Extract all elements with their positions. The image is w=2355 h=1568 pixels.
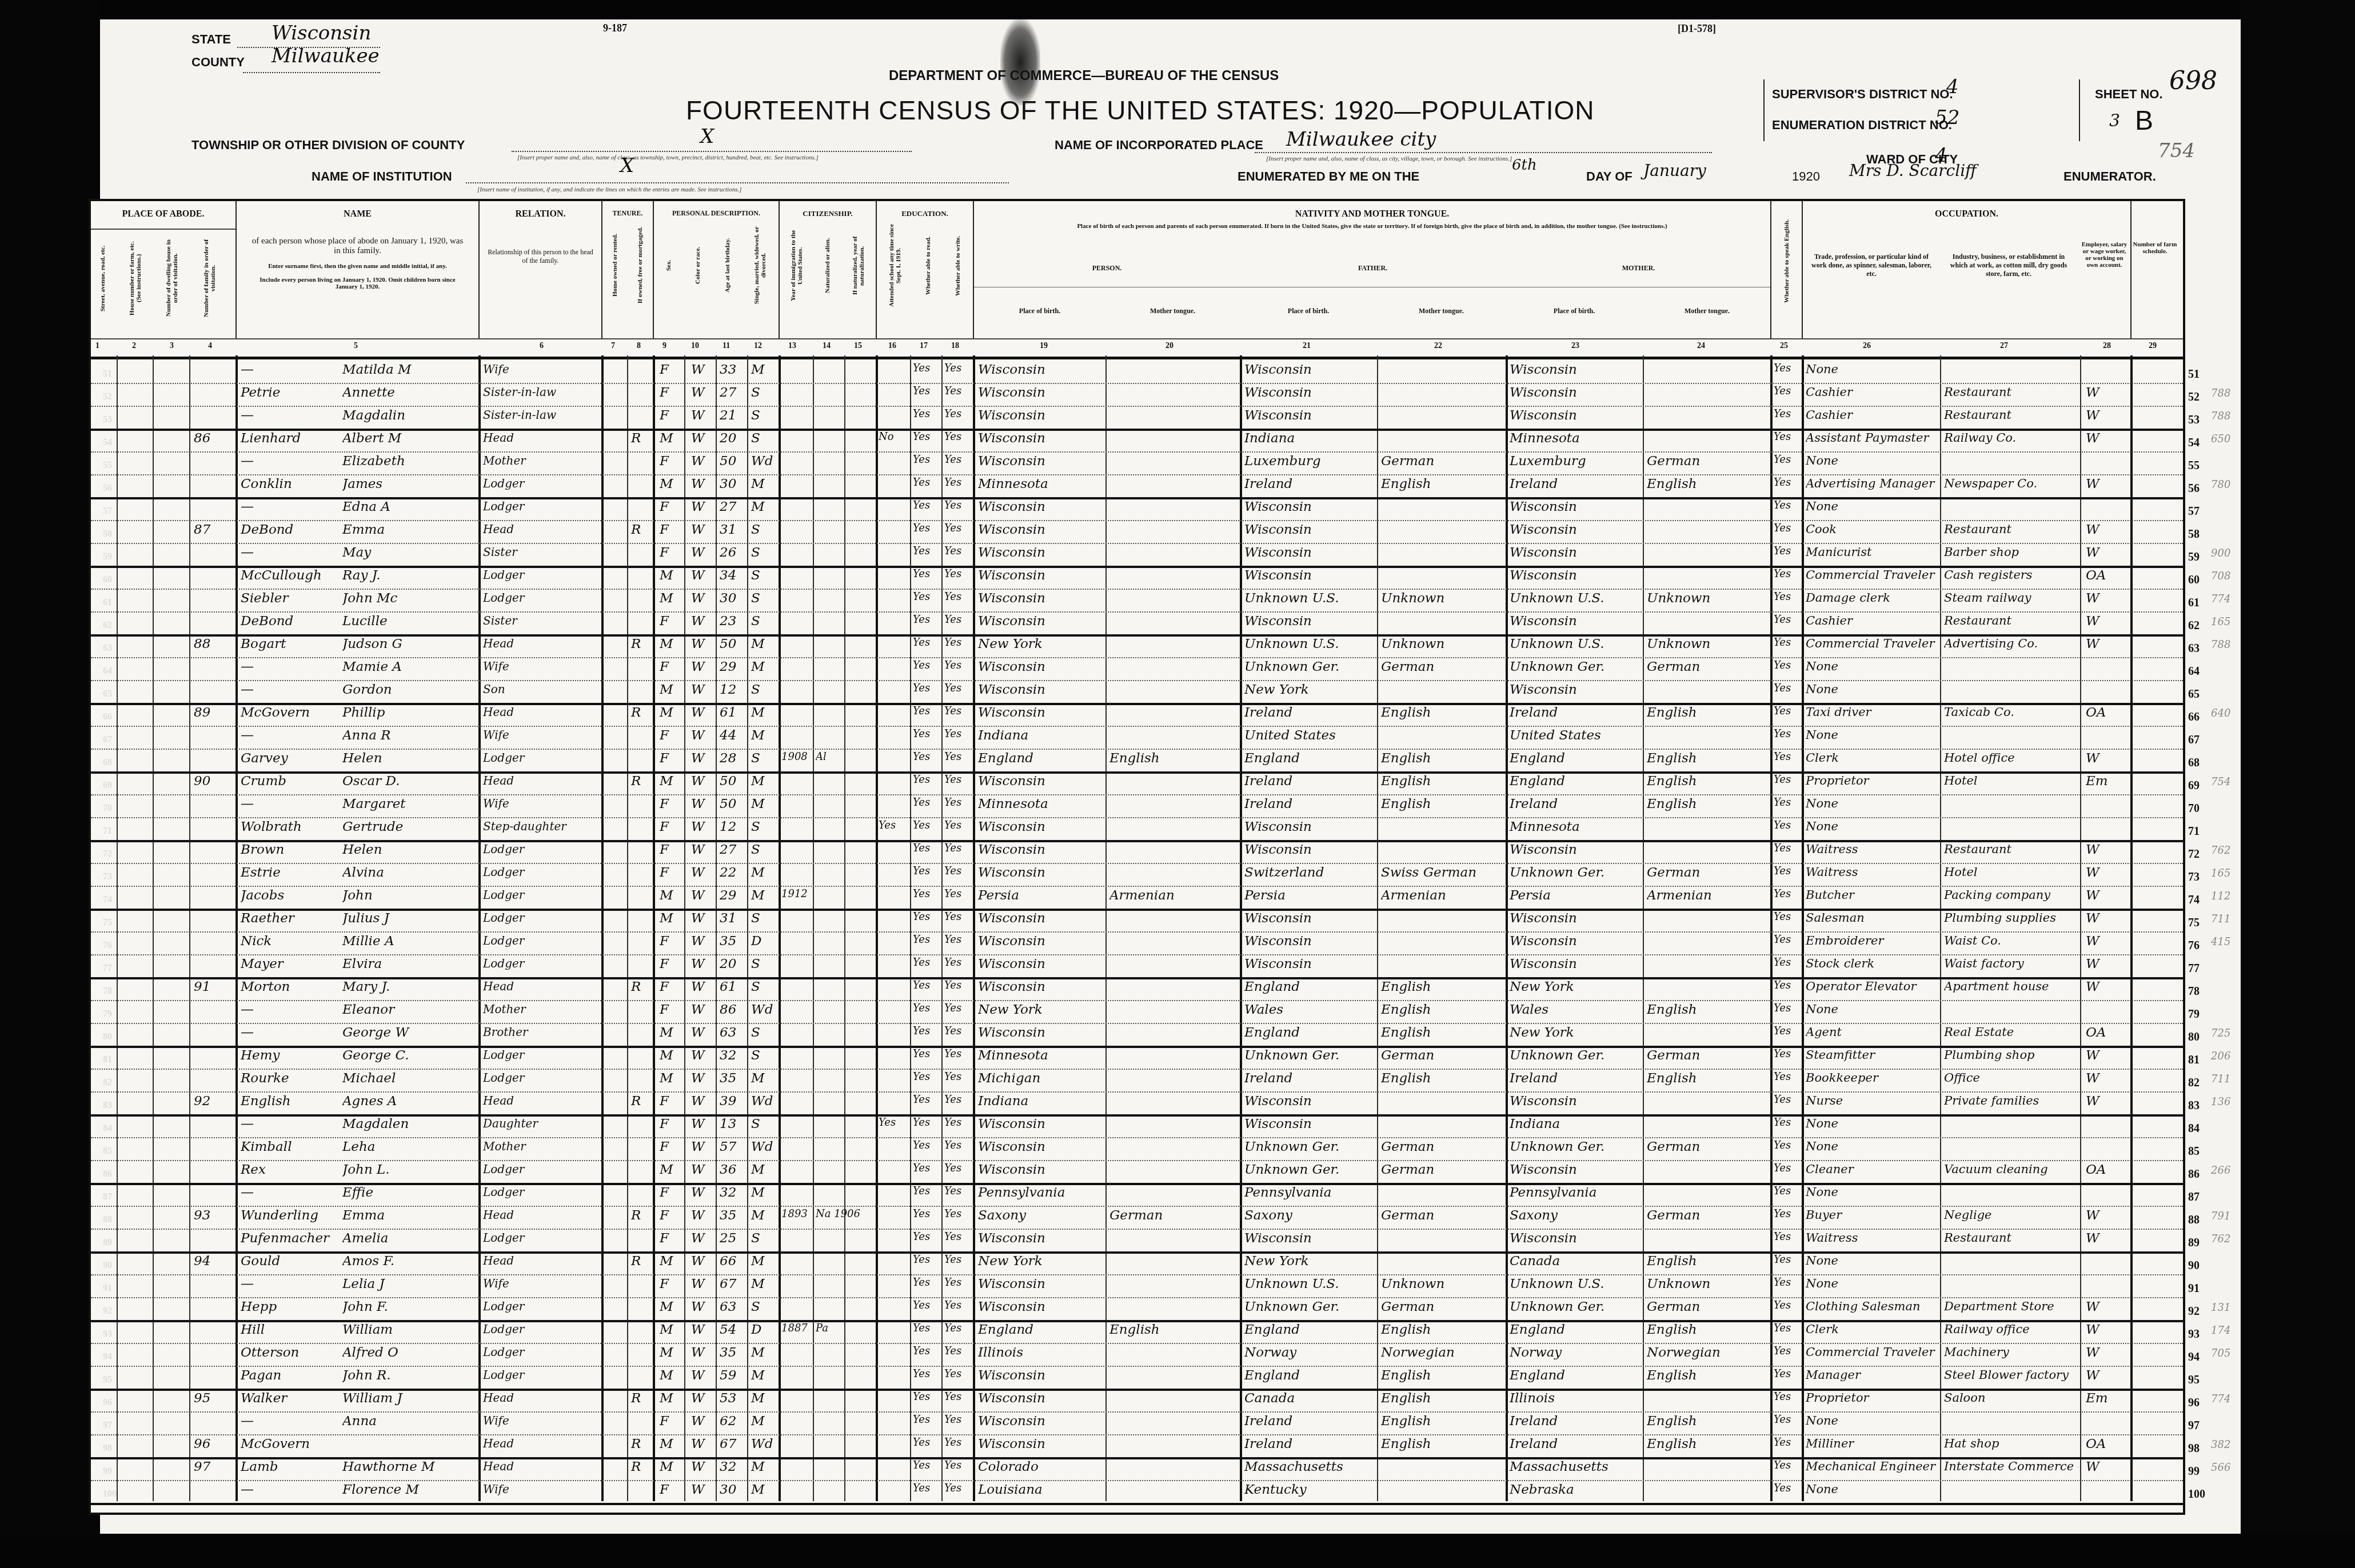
table-row: — Margaret Wife F W 50 M Yes Yes Minneso… xyxy=(91,794,2183,818)
race: W xyxy=(691,1437,714,1456)
immigration-year xyxy=(781,1459,813,1479)
tenure-home: R xyxy=(631,522,651,542)
worker-class: OA xyxy=(2086,1162,2129,1182)
father-birthplace: Unknown Ger. xyxy=(1244,1299,1376,1319)
father-birthplace: Wisconsin xyxy=(1244,499,1376,519)
able-to-write: Yes xyxy=(944,957,973,976)
marital-status: M xyxy=(751,888,777,907)
naturalization xyxy=(816,819,873,839)
line-number-left: 98 xyxy=(103,1443,112,1454)
given-name: Effie xyxy=(342,1185,477,1205)
mother-birthplace: Unknown Ger. xyxy=(1510,1139,1641,1159)
father-birthplace: Unknown U.S. xyxy=(1244,637,1376,656)
father-mother-tongue xyxy=(1381,431,1504,450)
pencil-note: 131 xyxy=(2211,1302,2230,1314)
able-to-write: Yes xyxy=(944,1139,973,1159)
mother-birthplace: Unknown Ger. xyxy=(1510,1299,1641,1319)
dwelling-number xyxy=(194,865,234,885)
attended-school xyxy=(879,934,910,953)
line-number-left: 51 xyxy=(103,369,112,379)
surname: Hill xyxy=(241,1322,341,1342)
worker-class: OA xyxy=(2086,1437,2129,1456)
immigration-year xyxy=(781,934,813,953)
age: 26 xyxy=(720,545,745,565)
naturalization: Pa xyxy=(816,1322,873,1342)
speaks-english: Yes xyxy=(1774,819,1801,839)
occupation-industry: Neglige xyxy=(1944,1208,2078,1227)
able-to-read: Yes xyxy=(913,865,941,885)
given-name: Amelia xyxy=(342,1231,477,1250)
line-number-left: 80 xyxy=(103,1032,112,1042)
occupation-industry: Apartment house xyxy=(1944,979,2078,999)
speaks-english: Yes xyxy=(1774,888,1801,907)
line-number-right: 61 xyxy=(2188,597,2200,610)
occupation-industry: Restaurant xyxy=(1944,522,2078,542)
marital-status: S xyxy=(751,979,777,999)
occupation-industry xyxy=(1944,1117,2078,1136)
occupation-trade: Nurse xyxy=(1806,1094,1938,1113)
dwelling-number xyxy=(194,1414,234,1433)
given-name: Julius J xyxy=(342,911,477,930)
sex: M xyxy=(660,1345,682,1365)
attended-school: No xyxy=(879,431,910,450)
relation: Wife xyxy=(483,1482,600,1502)
mother-tongue xyxy=(1109,1094,1238,1113)
line-number-left: 68 xyxy=(103,758,112,768)
table-row: 97 Lamb Hawthorne M Head R M W 32 M Yes … xyxy=(91,1457,2183,1481)
able-to-read: Yes xyxy=(913,1299,941,1319)
sex: F xyxy=(660,408,682,427)
father-mother-tongue xyxy=(1381,385,1504,405)
able-to-write: Yes xyxy=(944,568,973,587)
relation: Lodger xyxy=(483,1368,600,1387)
father-mother-tongue xyxy=(1381,1459,1504,1479)
surname: Rex xyxy=(241,1162,341,1182)
able-to-read: Yes xyxy=(913,819,941,839)
able-to-read: Yes xyxy=(913,1117,941,1136)
father-mother-tongue: English xyxy=(1381,1025,1504,1045)
given-name: John xyxy=(342,888,477,907)
line-number-right: 83 xyxy=(2188,1099,2200,1113)
worker-class: W xyxy=(2086,522,2129,542)
birthplace: England xyxy=(978,1322,1104,1342)
dwelling-number xyxy=(194,1071,234,1090)
header-nativity: NATIVITY AND MOTHER TONGUE. Place of bir… xyxy=(974,201,1771,338)
table-row: Hepp John F. Lodger M W 63 S Yes Yes Wis… xyxy=(91,1297,2183,1322)
immigration-year xyxy=(781,614,813,633)
line-number-right: 85 xyxy=(2188,1145,2200,1158)
relation: Head xyxy=(483,431,600,450)
marital-status: D xyxy=(751,934,777,953)
speaks-english: Yes xyxy=(1774,545,1801,565)
worker-class xyxy=(2086,819,2129,839)
race: W xyxy=(691,1071,714,1090)
relation: Lodger xyxy=(483,1322,600,1342)
dwelling-number xyxy=(194,842,234,862)
surname: — xyxy=(241,454,341,473)
mother-tongue xyxy=(1109,1048,1238,1067)
given-name: Magdalen xyxy=(342,1117,477,1136)
surname: Conklin xyxy=(241,477,341,496)
father-birthplace: Wisconsin xyxy=(1244,819,1376,839)
able-to-read: Yes xyxy=(913,1185,941,1205)
birthplace: Wisconsin xyxy=(978,957,1104,976)
line-number-left: 54 xyxy=(103,438,112,448)
relation: Lodger xyxy=(483,911,600,930)
surname: — xyxy=(241,1002,341,1022)
race: W xyxy=(691,1231,714,1250)
mother-mother-tongue xyxy=(1647,568,1770,587)
worker-class: W xyxy=(2086,1048,2129,1067)
line-number-right: 84 xyxy=(2188,1122,2200,1135)
pencil-note: 415 xyxy=(2211,936,2230,948)
line-number-right: 90 xyxy=(2188,1259,2200,1273)
naturalization xyxy=(816,1391,873,1410)
occupation-trade: None xyxy=(1806,1139,1938,1159)
mother-mother-tongue: Unknown xyxy=(1647,637,1770,656)
birthplace: England xyxy=(978,751,1104,770)
birthplace: Wisconsin xyxy=(978,591,1104,610)
age: 50 xyxy=(720,637,745,656)
margin-note: 754 xyxy=(2158,139,2195,162)
race: W xyxy=(691,1345,714,1365)
worker-class: W xyxy=(2086,842,2129,862)
stamp-number: 698 xyxy=(2169,66,2217,95)
naturalization xyxy=(816,1437,873,1456)
surname: McGovern xyxy=(241,1437,341,1456)
relation: Sister xyxy=(483,545,600,565)
line-number-right: 99 xyxy=(2188,1465,2200,1478)
immigration-year xyxy=(781,499,813,519)
occupation-industry xyxy=(1944,362,2078,382)
line-number-right: 56 xyxy=(2188,482,2200,495)
surname: Bogart xyxy=(241,637,341,656)
father-birthplace: England xyxy=(1244,1368,1376,1387)
father-birthplace: Wisconsin xyxy=(1244,957,1376,976)
dwelling-number xyxy=(194,682,234,702)
able-to-read: Yes xyxy=(913,499,941,519)
able-to-read: Yes xyxy=(913,934,941,953)
age: 20 xyxy=(720,957,745,976)
sheet-number: 3 xyxy=(2109,111,2120,131)
line-number-right: 59 xyxy=(2188,551,2200,564)
line-number-right: 97 xyxy=(2188,1419,2200,1433)
tenure-home xyxy=(631,545,651,565)
tenure-home xyxy=(631,659,651,679)
occupation-trade: None xyxy=(1806,1002,1938,1022)
relation: Mother xyxy=(483,1002,600,1022)
line-number-left: 90 xyxy=(103,1261,112,1271)
able-to-read: Yes xyxy=(913,1094,941,1113)
mother-mother-tongue xyxy=(1647,1459,1770,1479)
mother-birthplace: Wisconsin xyxy=(1510,911,1641,930)
father-mother-tongue: English xyxy=(1381,1002,1504,1022)
able-to-read: Yes xyxy=(913,1437,941,1456)
occupation-industry: Restaurant xyxy=(1944,408,2078,427)
line-number-left: 93 xyxy=(103,1329,112,1339)
father-mother-tongue: English xyxy=(1381,1414,1504,1433)
relation: Lodger xyxy=(483,888,600,907)
dwelling-number xyxy=(194,797,234,816)
mother-tongue xyxy=(1109,1368,1238,1387)
birthplace: Wisconsin xyxy=(978,865,1104,885)
attended-school xyxy=(879,1094,910,1113)
tenure-home xyxy=(631,957,651,976)
birthplace: Minnesota xyxy=(978,1048,1104,1067)
sex: M xyxy=(660,774,682,793)
tenure-home: R xyxy=(631,1437,651,1456)
able-to-read: Yes xyxy=(913,1322,941,1342)
mother-mother-tongue: German xyxy=(1647,454,1770,473)
birthplace: Wisconsin xyxy=(978,819,1104,839)
marital-status: M xyxy=(751,1277,777,1296)
attended-school xyxy=(879,1139,910,1159)
tenure-home xyxy=(631,614,651,633)
age: 50 xyxy=(720,454,745,473)
line-number-left: 88 xyxy=(103,1215,112,1225)
dwelling-number xyxy=(194,408,234,427)
dwelling-number xyxy=(194,957,234,976)
mother-tongue xyxy=(1109,1277,1238,1296)
naturalization xyxy=(816,522,873,542)
occupation-trade: Operator Elevator xyxy=(1806,979,1938,999)
able-to-read: Yes xyxy=(913,362,941,382)
age: 50 xyxy=(720,797,745,816)
sex: F xyxy=(660,1277,682,1296)
father-birthplace: Wisconsin xyxy=(1244,568,1376,587)
speaks-english: Yes xyxy=(1774,568,1801,587)
mother-tongue xyxy=(1109,1139,1238,1159)
mother-birthplace: Unknown Ger. xyxy=(1510,659,1641,679)
mother-tongue xyxy=(1109,842,1238,862)
line-number-right: 68 xyxy=(2188,757,2200,770)
mother-tongue xyxy=(1109,362,1238,382)
given-name: Mary J. xyxy=(342,979,477,999)
naturalization xyxy=(816,797,873,816)
able-to-write: Yes xyxy=(944,1299,973,1319)
speaks-english: Yes xyxy=(1774,1277,1801,1296)
sex: F xyxy=(660,797,682,816)
relation: Lodger xyxy=(483,1048,600,1067)
table-row: 94 Gould Amos F. Head R M W 66 M Yes Yes… xyxy=(91,1251,2183,1275)
race: W xyxy=(691,1482,714,1502)
father-mother-tongue xyxy=(1381,842,1504,862)
line-number-right: 88 xyxy=(2188,1214,2200,1227)
dwelling-number xyxy=(194,454,234,473)
enumerated-day: 6th xyxy=(1512,157,1537,174)
occupation-trade: Cook xyxy=(1806,522,1938,542)
occupation-industry: Steam railway xyxy=(1944,591,2078,610)
pencil-note: 165 xyxy=(2211,867,2230,879)
mother-birthplace: Ireland xyxy=(1510,705,1641,725)
scan-border-top xyxy=(0,0,2355,19)
pencil-note: 705 xyxy=(2211,1347,2230,1359)
dwelling-number xyxy=(194,1185,234,1205)
given-name: Matilda M xyxy=(342,362,477,382)
marital-status: M xyxy=(751,1459,777,1479)
marital-status: M xyxy=(751,1414,777,1433)
birthplace: Wisconsin xyxy=(978,842,1104,862)
line-number-right: 58 xyxy=(2188,528,2200,541)
mother-tongue xyxy=(1109,1482,1238,1502)
pencil-note: 780 xyxy=(2211,479,2230,491)
line-number-left: 96 xyxy=(103,1398,112,1408)
mother-tongue xyxy=(1109,1025,1238,1045)
age: 30 xyxy=(720,591,745,610)
birthplace: Colorado xyxy=(978,1459,1104,1479)
immigration-year xyxy=(781,1368,813,1387)
able-to-read: Yes xyxy=(913,385,941,405)
relation: Head xyxy=(483,774,600,793)
relation: Lodger xyxy=(483,591,600,610)
mother-birthplace: Massachusetts xyxy=(1510,1459,1641,1479)
mother-tongue xyxy=(1109,911,1238,930)
table-row: 86 Lienhard Albert M Head R M W 20 S No … xyxy=(91,429,2183,453)
relation: Lodger xyxy=(483,957,600,976)
able-to-read: Yes xyxy=(913,1071,941,1090)
surname: English xyxy=(241,1094,341,1113)
mother-birthplace: New York xyxy=(1510,979,1641,999)
surname: — xyxy=(241,362,341,382)
given-name: John Mc xyxy=(342,591,477,610)
relation: Sister-in-law xyxy=(483,385,600,405)
naturalization xyxy=(816,957,873,976)
line-number-right: 66 xyxy=(2188,711,2200,724)
occupation-trade: Bookkeeper xyxy=(1806,1071,1938,1090)
able-to-write: Yes xyxy=(944,362,973,382)
age: 32 xyxy=(720,1048,745,1067)
able-to-read: Yes xyxy=(913,957,941,976)
sex: F xyxy=(660,1208,682,1227)
naturalization xyxy=(816,682,873,702)
occupation-trade: Cashier xyxy=(1806,385,1938,405)
able-to-write: Yes xyxy=(944,637,973,656)
able-to-write: Yes xyxy=(944,431,973,450)
worker-class: W xyxy=(2086,911,2129,930)
worker-class xyxy=(2086,1139,2129,1159)
marital-status: S xyxy=(751,911,777,930)
age: 67 xyxy=(720,1437,745,1456)
occupation-trade: None xyxy=(1806,659,1938,679)
naturalization xyxy=(816,614,873,633)
occupation-trade: Mechanical Engineer xyxy=(1806,1459,1938,1479)
line-number-left: 60 xyxy=(103,575,112,585)
line-number-right: 74 xyxy=(2188,894,2200,907)
attended-school xyxy=(879,705,910,725)
scan-border-bottom xyxy=(0,1534,2355,1568)
birthplace: Michigan xyxy=(978,1071,1104,1090)
sex: F xyxy=(660,1414,682,1433)
attended-school xyxy=(879,477,910,496)
able-to-write: Yes xyxy=(944,1459,973,1479)
marital-status: S xyxy=(751,1048,777,1067)
immigration-year xyxy=(781,1482,813,1502)
pencil-note: 754 xyxy=(2211,776,2230,788)
immigration-year xyxy=(781,1277,813,1296)
able-to-read: Yes xyxy=(913,522,941,542)
occupation-trade: Commercial Traveler xyxy=(1806,637,1938,656)
naturalization xyxy=(816,774,873,793)
line-number-left: 73 xyxy=(103,872,112,882)
enumeration-district-value: 52 xyxy=(1935,106,1959,129)
naturalization xyxy=(816,979,873,999)
age: 27 xyxy=(720,499,745,519)
able-to-read: Yes xyxy=(913,842,941,862)
relation: Son xyxy=(483,682,600,702)
worker-class xyxy=(2086,1482,2129,1502)
worker-class: W xyxy=(2086,1299,2129,1319)
given-name: Annette xyxy=(342,385,477,405)
able-to-read: Yes xyxy=(913,751,941,770)
table-row: Rex John L. Lodger M W 36 M Yes Yes Wisc… xyxy=(91,1160,2183,1185)
occupation-trade: Assistant Paymaster xyxy=(1806,431,1938,450)
naturalization xyxy=(816,934,873,953)
table-row: — May Sister F W 26 S Yes Yes Wisconsin … xyxy=(91,543,2183,568)
speaks-english: Yes xyxy=(1774,1208,1801,1227)
occupation-trade: None xyxy=(1806,1414,1938,1433)
immigration-year xyxy=(781,431,813,450)
mother-birthplace: Ireland xyxy=(1510,477,1641,496)
table-row: — Anna R Wife F W 44 M Yes Yes Indiana U… xyxy=(91,726,2183,750)
table-row: Jacobs John Lodger M W 29 M 1912 Yes Yes… xyxy=(91,886,2183,911)
naturalization xyxy=(816,659,873,679)
tenure-home xyxy=(631,1048,651,1067)
mother-mother-tongue: English xyxy=(1647,1368,1770,1387)
table-row: 92 English Agnes A Head R F W 39 Wd Yes … xyxy=(91,1091,2183,1117)
occupation-industry: Waist factory xyxy=(1944,957,2078,976)
naturalization xyxy=(816,1254,873,1273)
mother-mother-tongue xyxy=(1647,1025,1770,1045)
immigration-year xyxy=(781,1345,813,1365)
mother-mother-tongue: English xyxy=(1647,1437,1770,1456)
worker-class: W xyxy=(2086,934,2129,953)
attended-school xyxy=(879,1277,910,1296)
given-name: Emma xyxy=(342,522,477,542)
tenure-home xyxy=(631,1482,651,1502)
institution-value: X xyxy=(620,154,634,177)
occupation-trade: None xyxy=(1806,1117,1938,1136)
race: W xyxy=(691,911,714,930)
mother-mother-tongue xyxy=(1647,1094,1770,1113)
state-label: STATE xyxy=(191,32,231,47)
able-to-write: Yes xyxy=(944,865,973,885)
naturalization xyxy=(816,1094,873,1113)
birthplace: Wisconsin xyxy=(978,545,1104,565)
birthplace: Wisconsin xyxy=(978,1368,1104,1387)
race: W xyxy=(691,1277,714,1296)
pencil-note: 165 xyxy=(2211,616,2230,628)
attended-school xyxy=(879,1048,910,1067)
birthplace: New York xyxy=(978,1254,1104,1273)
tenure-home xyxy=(631,454,651,473)
worker-class: W xyxy=(2086,431,2129,450)
dwelling-number xyxy=(194,1117,234,1136)
father-mother-tongue: English xyxy=(1381,797,1504,816)
table-row: — Gordon Son M W 12 S Yes Yes Wisconsin … xyxy=(91,680,2183,705)
race: W xyxy=(691,819,714,839)
relation: Head xyxy=(483,1094,600,1113)
occupation-trade: Agent xyxy=(1806,1025,1938,1045)
father-mother-tongue xyxy=(1381,819,1504,839)
occupation-trade: Taxi driver xyxy=(1806,705,1938,725)
header-occupation: OCCUPATION. Trade, profession, or partic… xyxy=(1803,201,2132,338)
line-number-left: 62 xyxy=(103,621,112,631)
sex: F xyxy=(660,1231,682,1250)
mother-birthplace: Saxony xyxy=(1510,1208,1641,1227)
worker-class: W xyxy=(2086,957,2129,976)
state-value: Wisconsin xyxy=(272,22,371,45)
tenure-home: R xyxy=(631,979,651,999)
